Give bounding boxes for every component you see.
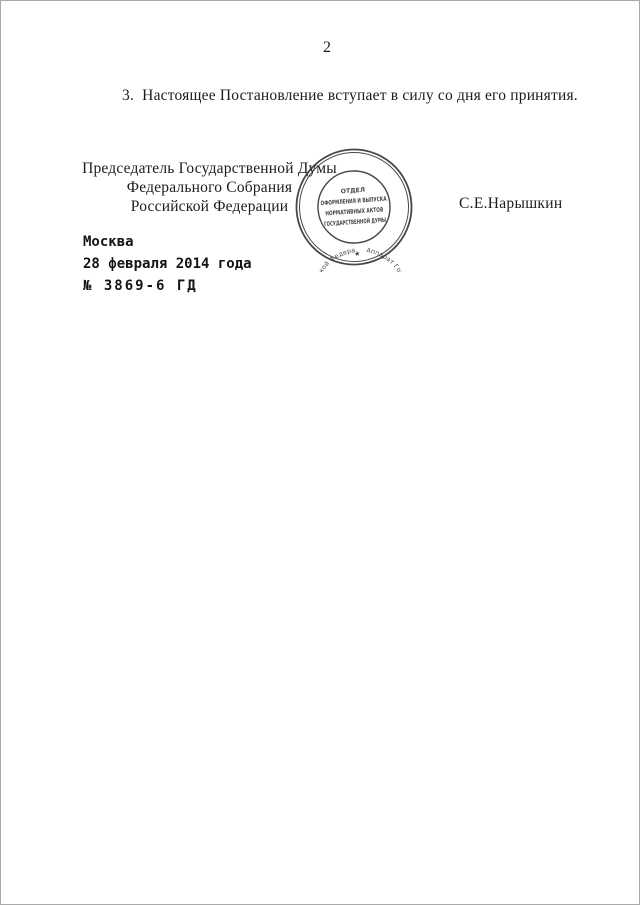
stamp-center-line-2: ОФОРМЛЕНИЯ И ВЫПУСКА <box>320 196 386 208</box>
official-stamp-seal: Аппарат Государственной Думы Федеральног… <box>289 142 419 272</box>
footer-city: Москва <box>83 231 252 253</box>
footer-date: 28 февраля 2014 года <box>83 253 252 275</box>
document-page: 2 3. Настоящее Постановление вступает в … <box>0 0 640 905</box>
body-paragraph-item-3: 3. Настоящее Постановление вступает в си… <box>122 86 592 105</box>
footer-doc-number: № 3869-6 ГД <box>83 275 252 297</box>
signature-name: С.Е.Нарышкин <box>459 194 562 213</box>
stamp-ring-text: Аппарат Государственной Думы Федеральног… <box>289 142 415 272</box>
stamp-center-line-3: НОРМАТИВНЫХ АКТОВ <box>325 206 384 217</box>
stamp-center-line-1: ОТДЕЛ <box>340 187 365 196</box>
footer-block: Москва 28 февраля 2014 года № 3869-6 ГД <box>83 231 252 297</box>
page-number: 2 <box>1 39 639 57</box>
stamp-star-icon: ★ <box>354 250 361 258</box>
